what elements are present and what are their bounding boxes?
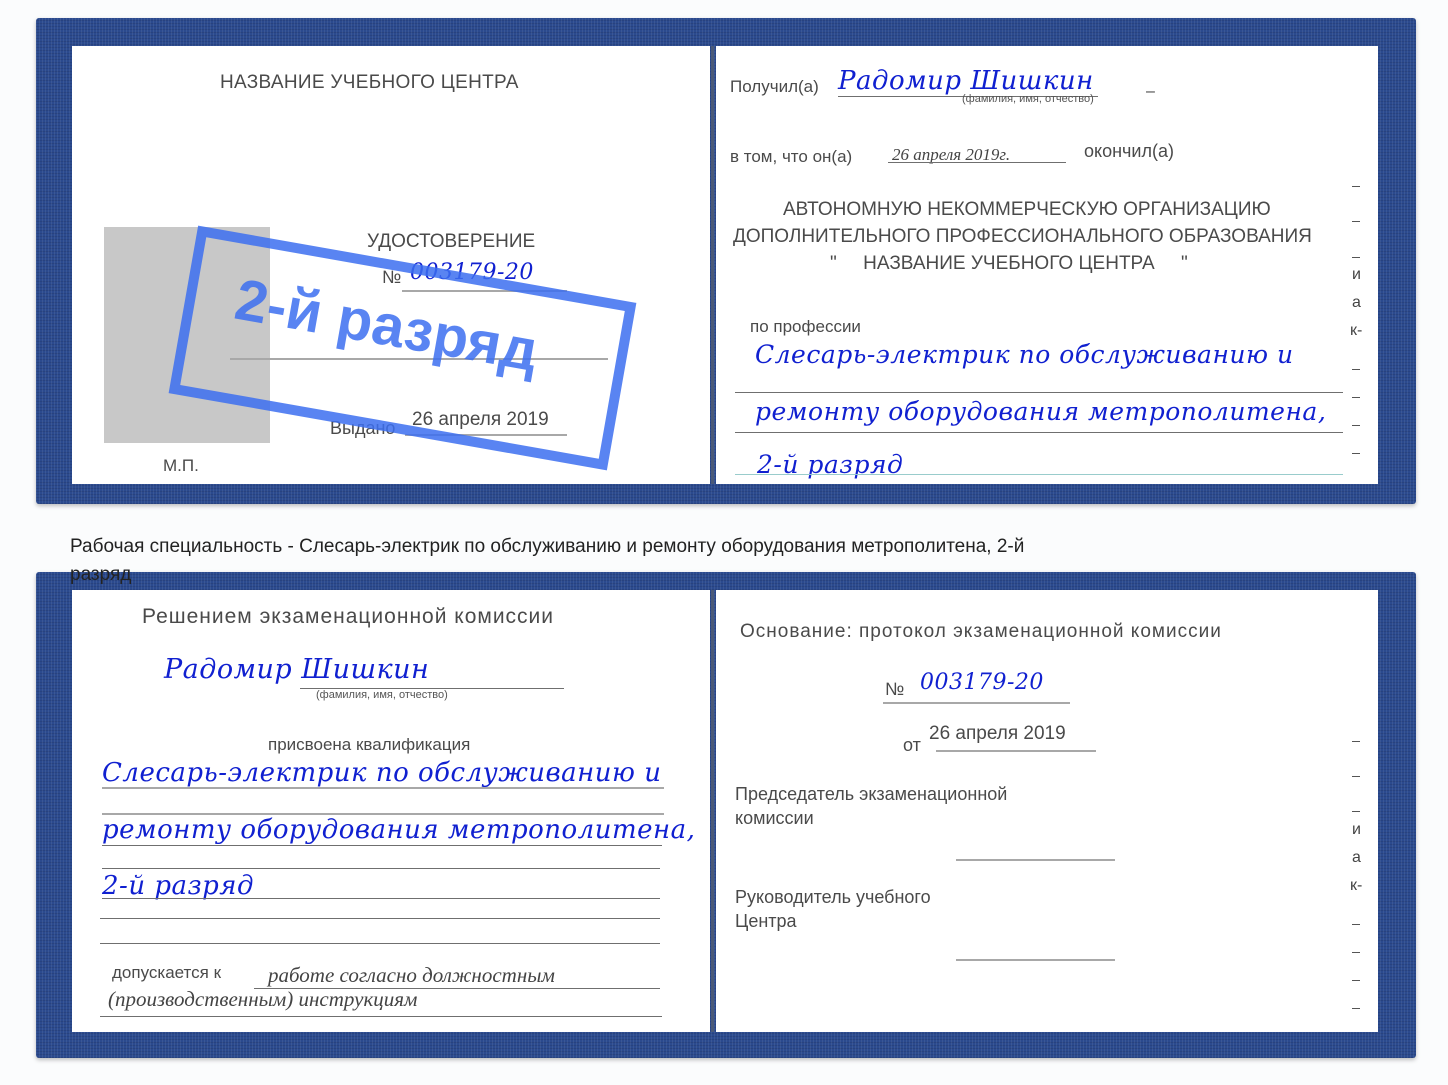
decision-title: Решением экзаменационной комиссии (142, 605, 554, 629)
from-label: от (903, 735, 921, 756)
caption: Рабочая специальность - Слесарь-электрик… (70, 533, 1030, 589)
edge-dash (1352, 811, 1360, 812)
edge-dash (1352, 741, 1360, 742)
qualification-underline-7 (100, 943, 660, 944)
profession-label: по профессии (750, 317, 861, 337)
received-dash: – (1146, 83, 1155, 101)
qualification-line-2: ремонту оборудования метрополитена, (102, 815, 695, 845)
edge-dash (1352, 952, 1360, 953)
edge-char: к- (1350, 877, 1362, 895)
org-line-2: ДОПОЛНИТЕЛЬНОГО ПРОФЕССИОНАЛЬНОГО ОБРАЗО… (733, 226, 1312, 248)
bottom-spine (711, 590, 714, 1032)
from-date-underline (936, 750, 1096, 752)
edge-dash (1352, 221, 1360, 222)
edge-dash (1352, 980, 1360, 981)
qualification-underline-4 (102, 868, 660, 869)
admitted-underline-2 (100, 1016, 662, 1017)
edge-dash (1352, 1008, 1360, 1009)
head-signature-line (956, 959, 1115, 961)
admitted-line-1: работе согласно должностным (268, 963, 555, 988)
from-date: 26 апреля 2019 (929, 723, 1066, 745)
chairman-line-1: Председатель экзаменационной (735, 784, 1007, 805)
edge-dash (1352, 257, 1360, 258)
org-line-3: " НАЗВАНИЕ УЧЕБНОГО ЦЕНТРА " (830, 253, 1188, 275)
edge-dash (1352, 186, 1360, 187)
edge-dash (1352, 776, 1360, 777)
profession-underline-1 (735, 392, 1343, 393)
edge-dash (1352, 924, 1360, 925)
qualification-line-1: Слесарь-электрик по обслуживанию и (102, 758, 661, 788)
qualification-underline-1 (102, 787, 664, 789)
qualification-underline-6 (100, 918, 660, 919)
seal-label: М.П. (163, 456, 199, 476)
received-label: Получил(а) (730, 77, 819, 97)
center-name: НАЗВАНИЕ УЧЕБНОГО ЦЕНТРА (220, 72, 519, 94)
protocol-number-sign: № (885, 679, 904, 700)
profession-line-1: Слесарь-электрик по обслуживанию и (755, 340, 1294, 369)
chairman-signature-line (956, 859, 1115, 861)
edge-char: к- (1350, 322, 1362, 340)
qualification-underline-5 (102, 898, 660, 899)
edge-dash (1352, 453, 1360, 454)
basis-title: Основание: протокол экзаменационной коми… (740, 621, 1222, 643)
admitted-label: допускается к (112, 963, 221, 983)
stamp-text: 2-й разряд (230, 266, 543, 385)
edge-char: а (1352, 294, 1361, 312)
chairman-line-2: комиссии (735, 808, 814, 829)
profession-underline-3 (735, 474, 1343, 475)
name-hint-bottom: (фамилия, имя, отчество) (316, 689, 448, 701)
name-hint: (фамилия, имя, отчество) (962, 93, 1094, 105)
edge-dash (1352, 425, 1360, 426)
certificate-title: УДОСТОВЕРЕНИЕ (367, 231, 535, 253)
edge-char: и (1352, 266, 1361, 284)
qualification-line-3: 2-й разряд (102, 871, 254, 901)
admitted-line-2: (производственным) инструкциям (108, 987, 417, 1012)
head-line-2: Центра (735, 911, 797, 932)
finished-label: окончил(а) (1084, 141, 1174, 162)
profession-underline-2 (735, 432, 1343, 433)
profession-line-2: ремонту оборудования метрополитена, (755, 397, 1326, 426)
top-spine (711, 46, 714, 484)
edge-char: а (1352, 849, 1361, 867)
org-line-1: АВТОНОМНУЮ НЕКОММЕРЧЕСКУЮ ОРГАНИЗАЦИЮ (783, 199, 1271, 221)
head-line-1: Руководитель учебного (735, 887, 931, 908)
received-name: Радомир Шишкин (838, 66, 1094, 96)
completion-underline (888, 162, 1066, 163)
protocol-number: 003179-20 (920, 670, 1044, 695)
qualification-underline-3 (102, 845, 662, 846)
edge-char: и (1352, 821, 1361, 839)
edge-dash (1352, 369, 1360, 370)
person-name: Радомир Шишкин (164, 654, 429, 685)
qualification-label: присвоена квалификация (268, 735, 470, 755)
protocol-number-underline (883, 702, 1070, 704)
bottom-right-page (716, 590, 1378, 1032)
that-label: в том, что он(а) (730, 147, 852, 167)
edge-dash (1352, 397, 1360, 398)
